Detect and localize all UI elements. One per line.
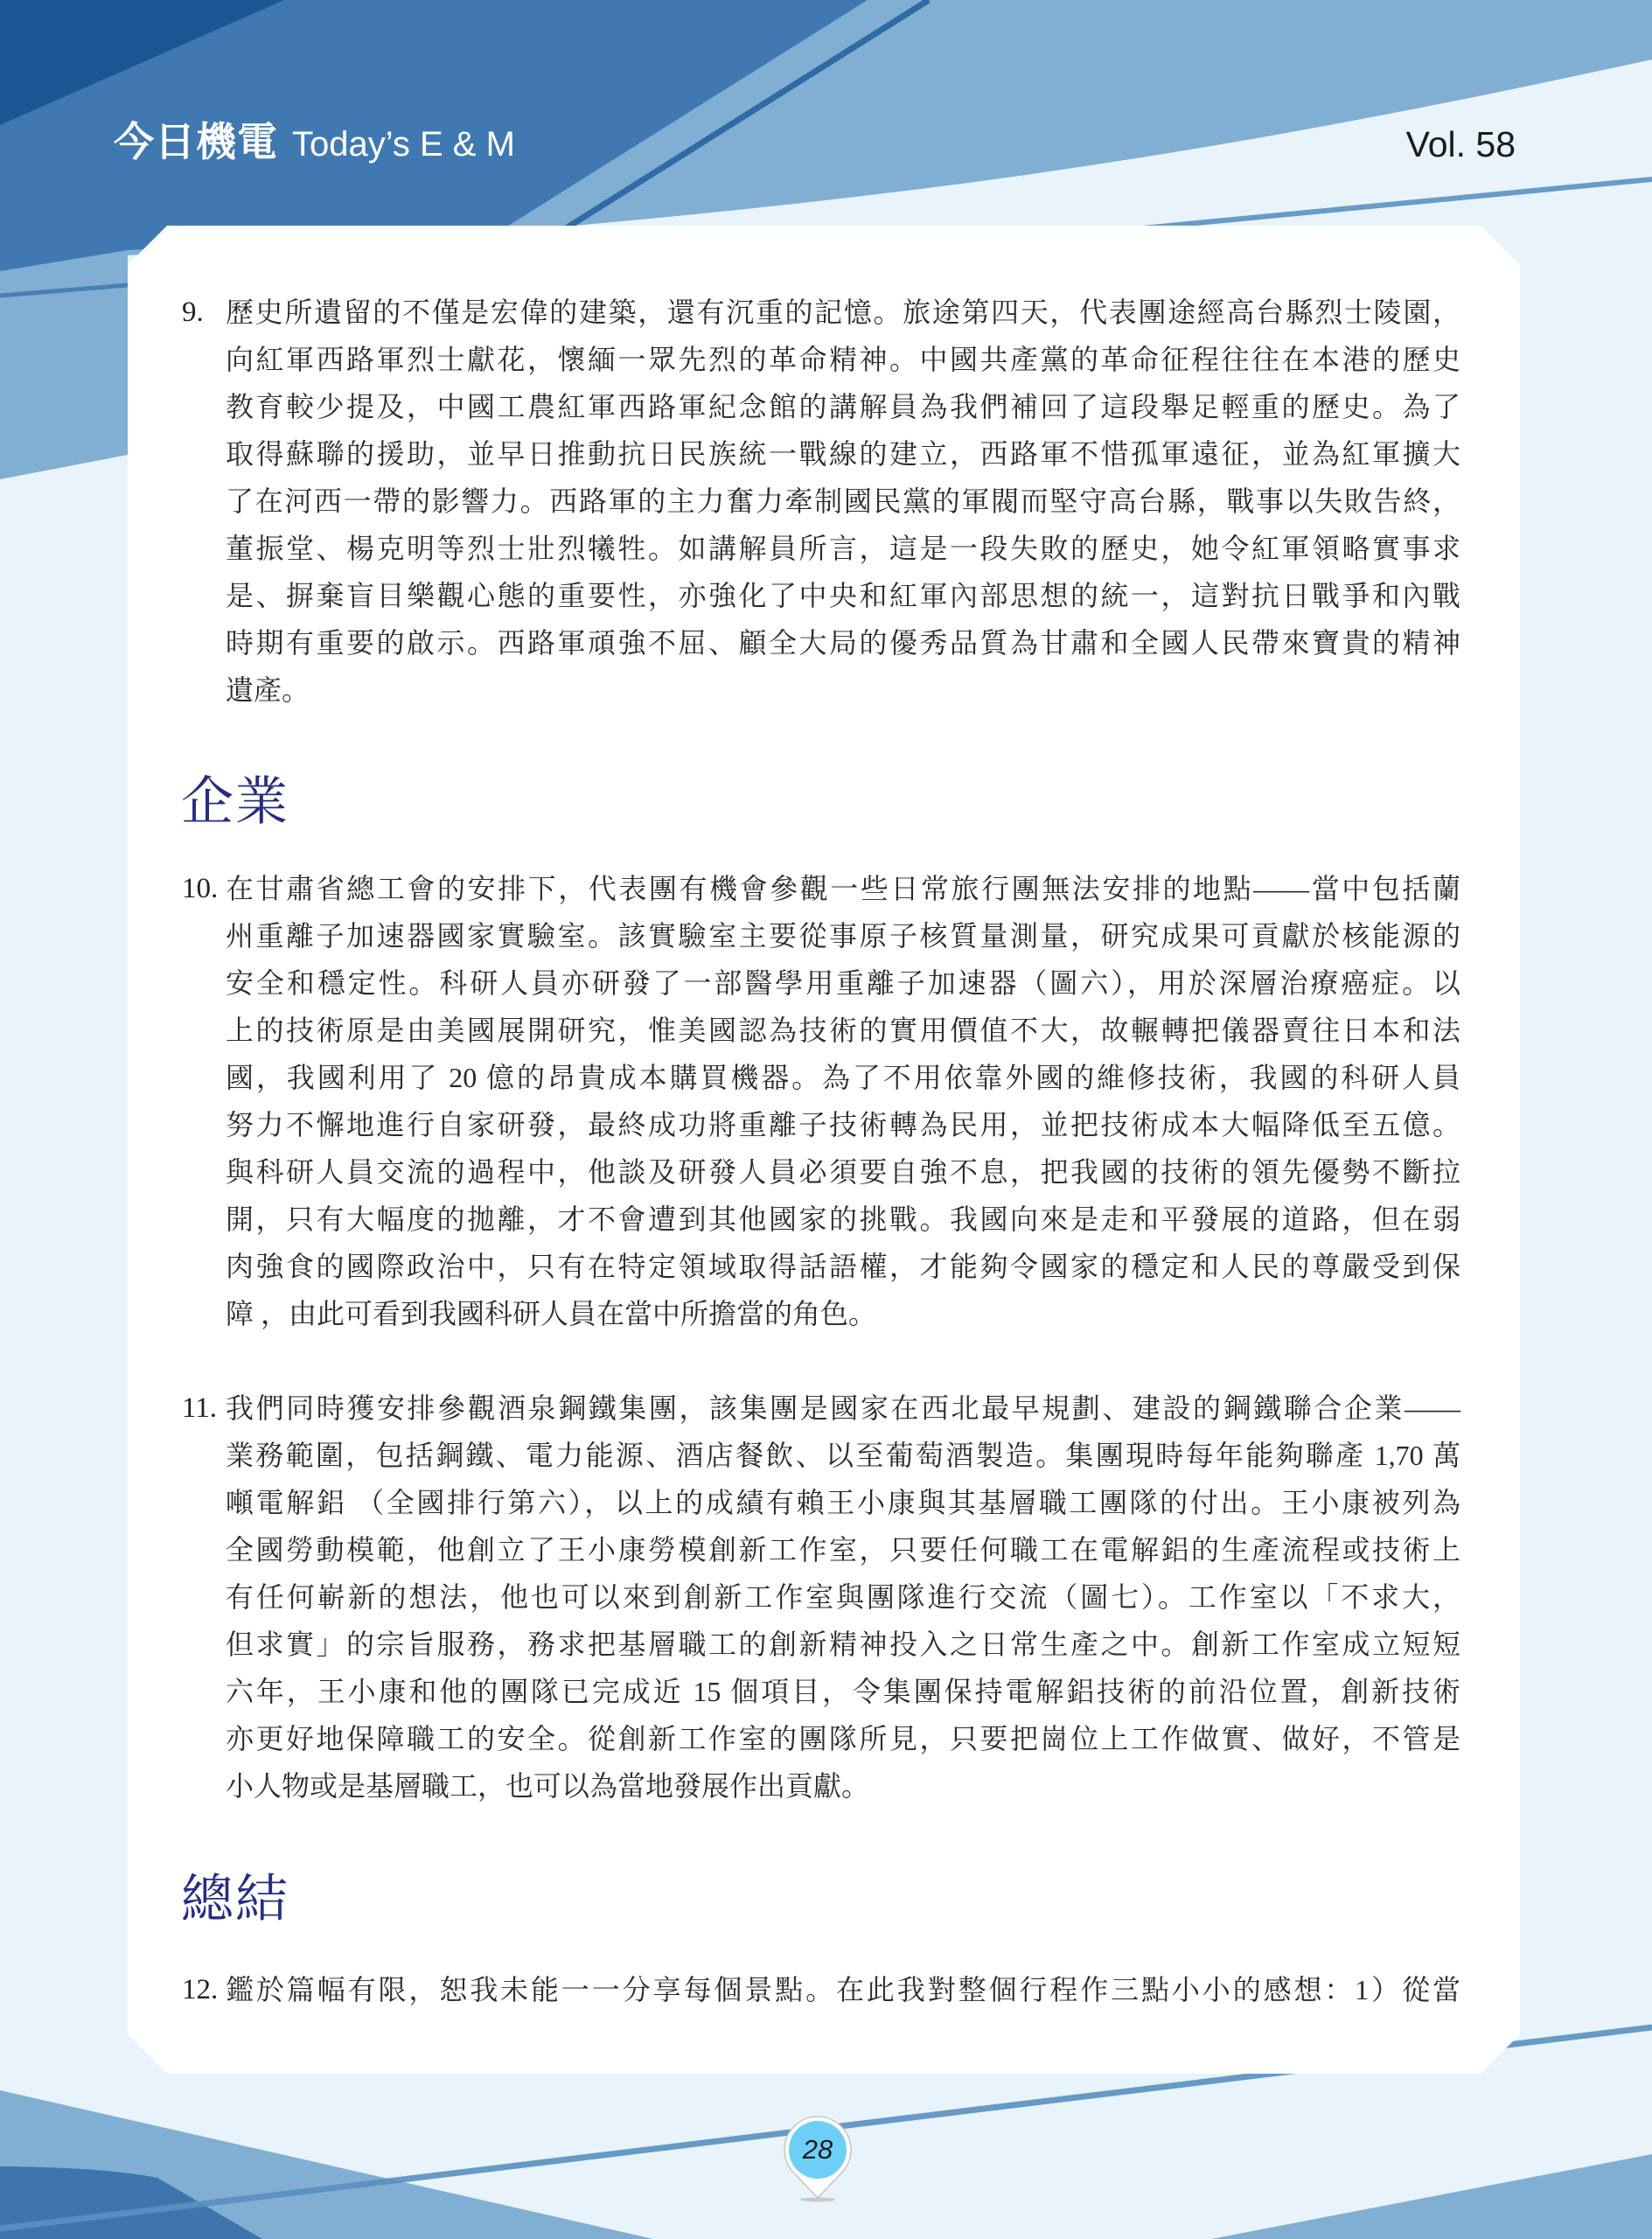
text-line: 歷史所遺留的不僅是宏偉的建築，還有沉重的記憶。旅途第四天，代表團途經高台縣烈士陵… (226, 289, 1460, 336)
paragraph-number: 12. (182, 1966, 218, 2013)
article-card: 9. 歷史所遺留的不僅是宏偉的建築，還有沉重的記憶。旅途第四天，代表團途經高台縣… (128, 226, 1520, 2074)
section-heading-summary: 總結 (181, 1865, 289, 1935)
text-line: 遺產。 (226, 666, 1460, 714)
text-line: 時期有重要的啟示。西路軍頑強不屈、顧全大局的優秀品質為甘肅和全國人民帶來寶貴的精… (226, 619, 1460, 666)
text-line: 安全和穩定性。科研人員亦研發了一部醫學用重離子加速器（圖六），用於深層治療癌症。… (226, 959, 1460, 1007)
paragraph-number: 9. (182, 289, 204, 336)
brand-english-title: Today’s E & M (292, 120, 515, 169)
text-line: 小人物或是基層職工，也可以為當地發展作出貢獻。 (226, 1762, 1460, 1810)
text-line: 是、摒棄盲目樂觀心態的重要性，亦強化了中央和紅軍內部思想的統一，這對抗日戰爭和內… (226, 572, 1460, 619)
text-line: 州重離子加速器國家實驗室。該實驗室主要從事原子核質量測量，研究成果可貢獻於核能源… (226, 912, 1460, 959)
text-line: 上的技術原是由美國展開研究，惟美國認為技術的實用價值不大，故輾轉把儀器賣往日本和… (226, 1007, 1460, 1054)
paragraph-body: 歷史所遺留的不僅是宏偉的建築，還有沉重的記憶。旅途第四天，代表團途經高台縣烈士陵… (226, 289, 1460, 714)
text-line: 亦更好地保障職工的安全。從創新工作室的團隊所見，只要把崗位上工作做實、做好，不管… (226, 1715, 1460, 1762)
text-line: 教育較少提及，中國工農紅軍西路軍紀念館的講解員為我們補回了這段舉足輕重的歷史。為… (226, 383, 1460, 430)
text-line: 我們同時獲安排參觀酒泉鋼鐵集團，該集團是國家在西北最早規劃、建設的鋼鐵聯合企業—… (226, 1385, 1460, 1432)
text-line: 與科研人員交流的過程中，他談及研發人員必須要自強不息，把我國的技術的領先優勢不斷… (226, 1148, 1460, 1196)
text-line: 障 ，由此可看到我國科研人員在當中所擔當的角色。 (226, 1290, 1460, 1337)
magazine-brand: 今日機電 Today’s E & M (114, 117, 515, 166)
text-line: 國，我國利用了 20 億的昂貴成本購買機器。為了不用依靠外國的維修技術，我國的科… (226, 1054, 1460, 1101)
volume-label: Vol. 58 (1406, 122, 1516, 166)
text-line: 鑑於篇幅有限，恕我未能一一分享每個景點。在此我對整個行程作三點小小的感想：1）從… (226, 1966, 1460, 2013)
text-line: 了在河西一帶的影響力。西路軍的主力奮力牽制國民黨的軍閥而堅守高台縣，戰事以失敗告… (226, 478, 1460, 525)
text-line: 業務範圍，包括鋼鐵、電力能源、酒店餐飲、以至葡萄酒製造。集團現時每年能夠聯產 1… (226, 1432, 1460, 1479)
page-number: 28 (783, 2131, 853, 2169)
text-line: 肉強食的國際政治中，只有在特定領域取得話語權，才能夠令國家的穩定和人民的尊嚴受到… (226, 1243, 1460, 1290)
text-line: 有任何嶄新的想法，他也可以來到創新工作室與團隊進行交流（圖七）。工作室以「不求大… (226, 1573, 1460, 1621)
text-line: 取得蘇聯的援助，並早日推動抗日民族統一戰線的建立，西路軍不惜孤軍遠征，並為紅軍擴… (226, 430, 1460, 478)
text-line: 董振堂、楊克明等烈士壯烈犧牲。如講解員所言，這是一段失敗的歷史，她令紅軍領略實事… (226, 525, 1460, 572)
paragraph-number: 11. (182, 1385, 217, 1432)
text-line: 向紅軍西路軍烈士獻花，懷緬一眾先烈的革命精神。中國共產黨的革命征程往往在本港的歷… (226, 336, 1460, 383)
paragraph-body: 我們同時獲安排參觀酒泉鋼鐵集團，該集團是國家在西北最早規劃、建設的鋼鐵聯合企業—… (226, 1385, 1460, 1810)
text-line: 但求實」的宗旨服務，務求把基層職工的創新精神投入之日常生產之中。創新工作室成立短… (226, 1621, 1460, 1668)
paragraph-body: 在甘肅省總工會的安排下，代表團有機會參觀一些日常旅行團無法安排的地點——當中包括… (226, 865, 1460, 1337)
text-line: 開，只有大幅度的拋離，才不會遭到其他國家的挑戰。我國向來是走和平發展的道路，但在… (226, 1196, 1460, 1243)
text-line: 六年，王小康和他的團隊已完成近 15 個項目，令集團保持電解鋁技術的前沿位置，創… (226, 1668, 1460, 1715)
text-line: 努力不懈地進行自家研發，最終成功將重離子技術轉為民用，並把技術成本大幅降低至五億… (226, 1101, 1460, 1148)
text-line: 全國勞動模範，他創立了王小康勞模創新工作室，只要任何職工在電解鋁的生產流程或技術… (226, 1526, 1460, 1573)
brand-chinese-title: 今日機電 (114, 117, 278, 166)
paragraph-number: 10. (182, 865, 218, 912)
page-number-badge: 28 (783, 2115, 853, 2202)
paragraph-body: 鑑於篇幅有限，恕我未能一一分享每個景點。在此我對整個行程作三點小小的感想：1）從… (226, 1966, 1460, 2013)
text-line: 在甘肅省總工會的安排下，代表團有機會參觀一些日常旅行團無法安排的地點——當中包括… (226, 865, 1460, 912)
section-heading-enterprise: 企業 (181, 767, 289, 837)
text-line: 噸電解鋁 （全國排行第六），以上的成績有賴王小康與其基層職工團隊的付出。王小康被… (226, 1479, 1460, 1526)
